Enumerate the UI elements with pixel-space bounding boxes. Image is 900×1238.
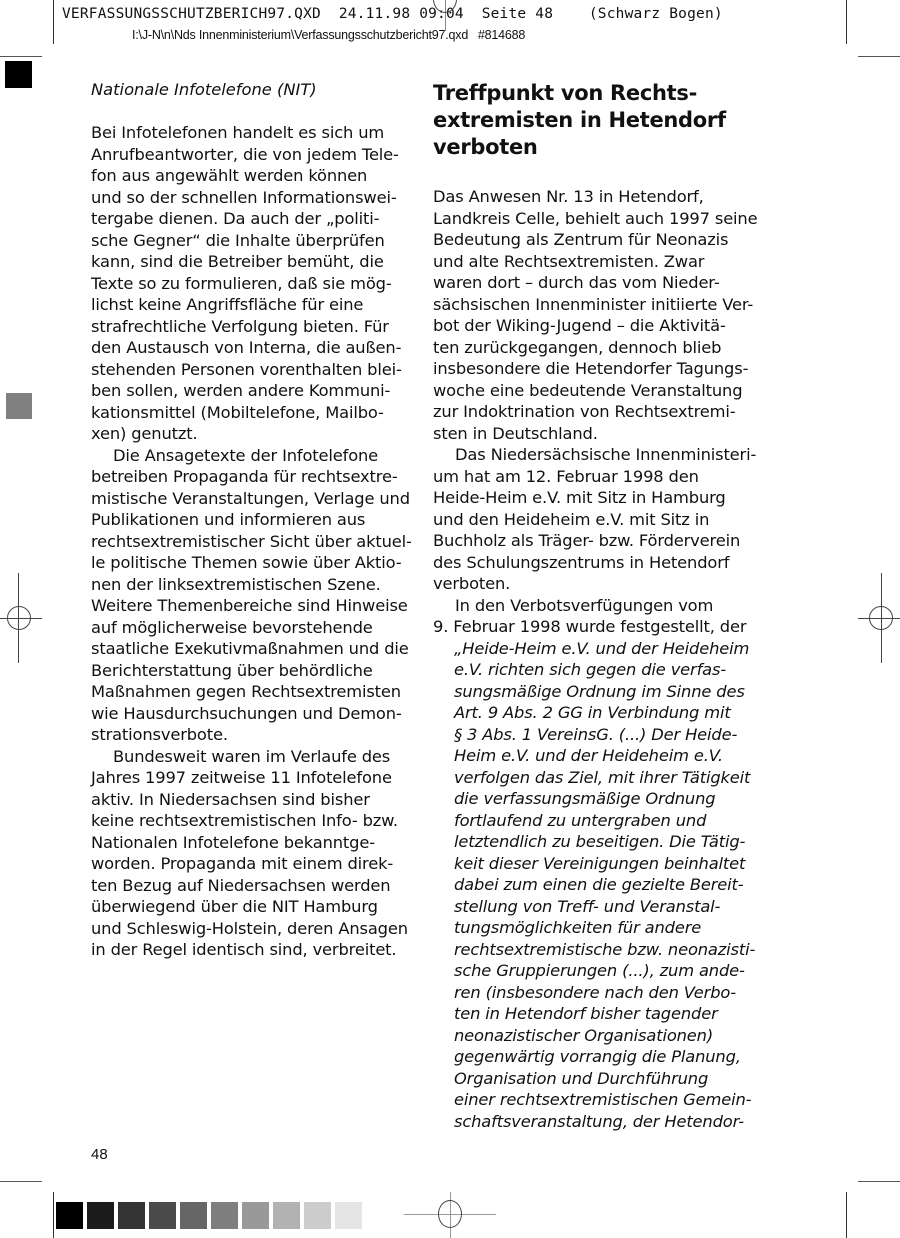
crop-mark-top-right-horizontal bbox=[858, 56, 900, 57]
quoted-text-line: einer rechtsextremistischen Gemein- bbox=[433, 1089, 743, 1111]
quoted-text-line: fortlaufend zu untergraben und bbox=[433, 810, 743, 832]
color-swatch bbox=[118, 1202, 145, 1229]
text-line: Bedeutung als Zentrum für Neonazis bbox=[433, 229, 743, 251]
text-line: auf möglicherweise bevorstehende bbox=[91, 617, 401, 639]
quoted-text-line: rechtsextremistische bzw. neonazisti- bbox=[433, 939, 743, 961]
text-line: ten Bezug auf Niedersachsen werden bbox=[91, 875, 401, 897]
crop-mark-top-left-vertical bbox=[53, 0, 54, 44]
text-line: betreiben Propaganda für rechtsextre- bbox=[91, 466, 401, 488]
quoted-text-line: e.V. richten sich gegen die verfas- bbox=[433, 659, 743, 681]
registration-mark-top-icon bbox=[415, 0, 475, 31]
text-line: aktiv. In Niedersachsen sind bisher bbox=[91, 789, 401, 811]
color-swatch bbox=[180, 1202, 207, 1229]
text-line: Das Niedersächsische Innenministeri- bbox=[433, 444, 743, 466]
heading-line: Treffpunkt von Rechts- bbox=[433, 80, 753, 107]
text-line: Die Ansagetexte der Infotelefone bbox=[91, 445, 401, 467]
text-line: strafrechtliche Verfolgung bieten. Für bbox=[91, 316, 401, 338]
color-swatch bbox=[242, 1202, 269, 1229]
text-line: des Schulungszentrums in Hetendorf bbox=[433, 552, 743, 574]
print-slug-header: VERFASSUNGSSCHUTZBERICH97.QXD 24.11.98 0… bbox=[62, 6, 723, 22]
text-line: strationsverbote. bbox=[91, 724, 401, 746]
color-swatch bbox=[304, 1202, 331, 1229]
text-line: kationsmittel (Mobiltelefone, Mailbo- bbox=[91, 402, 401, 424]
text-line: und den Heideheim e.V. mit Sitz in bbox=[433, 509, 743, 531]
text-line: sächsischen Innenminister initiierte Ver… bbox=[433, 294, 743, 316]
crop-mark-top-left-horizontal bbox=[0, 56, 42, 57]
text-line: In den Verbotsverfügungen vom bbox=[433, 595, 743, 617]
text-line: fon aus angewählt werden können bbox=[91, 165, 401, 187]
text-line: rechtsextremistischer Sicht über aktuel- bbox=[91, 531, 401, 553]
text-line: bot der Wiking-Jugend – die Aktivitä- bbox=[433, 315, 743, 337]
black-margin-square bbox=[5, 61, 32, 88]
text-line: mistische Veranstaltungen, Verlage und bbox=[91, 488, 401, 510]
text-line: Das Anwesen Nr. 13 in Hetendorf, bbox=[433, 186, 743, 208]
quoted-text-line: tungsmöglichkeiten für andere bbox=[433, 917, 743, 939]
text-line: Jahres 1997 zeitweise 11 Infotelefone bbox=[91, 767, 401, 789]
text-line: stehenden Personen vorenthalten blei- bbox=[91, 359, 401, 381]
text-line: und so der schnellen Informationswei- bbox=[91, 187, 401, 209]
crop-mark-bottom-right-horizontal bbox=[858, 1181, 900, 1182]
heading-line: extremisten in Hetendorf bbox=[433, 107, 753, 134]
color-swatch bbox=[87, 1202, 114, 1229]
page-number: 48 bbox=[91, 1146, 108, 1163]
color-swatch bbox=[149, 1202, 176, 1229]
registration-mark-right-icon bbox=[858, 573, 900, 663]
text-line: Publikationen und informieren aus bbox=[91, 509, 401, 531]
text-line: Landkreis Celle, behielt auch 1997 seine bbox=[433, 208, 743, 230]
text-line: le politische Themen sowie über Aktio- bbox=[91, 552, 401, 574]
quoted-text-line: verfolgen das Ziel, mit ihrer Tätigkeit bbox=[433, 767, 743, 789]
gray-margin-square bbox=[6, 393, 32, 419]
crop-mark-bottom-right-vertical bbox=[846, 1192, 847, 1238]
grayscale-color-bar bbox=[56, 1202, 362, 1229]
text-line: Weitere Themenbereiche sind Hinweise bbox=[91, 595, 401, 617]
quoted-text-line: Organisation und Durchführung bbox=[433, 1068, 743, 1090]
quoted-text-line: ten in Hetendorf bisher tagender bbox=[433, 1003, 743, 1025]
text-line: und Schleswig-Holstein, deren Ansagen bbox=[91, 918, 401, 940]
heading-line: verboten bbox=[433, 134, 753, 161]
text-line: wie Hausdurchsuchungen und Demon- bbox=[91, 703, 401, 725]
color-swatch bbox=[56, 1202, 83, 1229]
text-line: worden. Propaganda mit einem direk- bbox=[91, 853, 401, 875]
quoted-text-line: Art. 9 Abs. 2 GG in Verbindung mit bbox=[433, 702, 743, 724]
text-line: keine rechtsextremistischen Info- bzw. bbox=[91, 810, 401, 832]
color-swatch bbox=[273, 1202, 300, 1229]
text-line: Maßnahmen gegen Rechtsextremisten bbox=[91, 681, 401, 703]
text-line: Buchholz als Träger- bzw. Förderverein bbox=[433, 530, 743, 552]
text-line: zur Indoktrination von Rechtsextremi- bbox=[433, 401, 743, 423]
text-line: woche eine bedeutende Veranstaltung bbox=[433, 380, 743, 402]
text-line: Berichterstattung über behördliche bbox=[91, 660, 401, 682]
text-line: Anrufbeantworter, die von jedem Tele- bbox=[91, 144, 401, 166]
quoted-text-line: gegenwärtig vorrangig die Planung, bbox=[433, 1046, 743, 1068]
article-heading: Treffpunkt von Rechts-extremisten in Het… bbox=[433, 80, 753, 161]
color-swatch bbox=[335, 1202, 362, 1229]
registration-mark-bottom-icon bbox=[404, 1192, 496, 1238]
text-line: überwiegend über die NIT Hamburg bbox=[91, 896, 401, 918]
text-line: kann, sind die Betreiber bemüht, die bbox=[91, 251, 401, 273]
text-line: Bundesweit waren im Verlaufe des bbox=[91, 746, 401, 768]
text-line: xen) genutzt. bbox=[91, 423, 401, 445]
crop-mark-top-right-vertical bbox=[846, 0, 847, 44]
text-line: ten zurückgegangen, dennoch blieb bbox=[433, 337, 743, 359]
quoted-text-line: stellung von Treff- und Veranstal- bbox=[433, 896, 743, 918]
crop-mark-bottom-left-vertical bbox=[53, 1192, 54, 1238]
text-line: lichst keine Angriffsfläche für eine bbox=[91, 294, 401, 316]
quoted-text-line: keit dieser Vereinigungen beinhaltet bbox=[433, 853, 743, 875]
text-line: insbesondere die Hetendorfer Tagungs- bbox=[433, 358, 743, 380]
quoted-text-line: die verfassungsmäßige Ordnung bbox=[433, 788, 743, 810]
quoted-text-line: dabei zum einen die gezielte Bereit- bbox=[433, 874, 743, 896]
quoted-text-line: sungsmäßige Ordnung im Sinne des bbox=[433, 681, 743, 703]
quoted-text-line: „Heide-Heim e.V. und der Heideheim bbox=[433, 638, 743, 660]
text-line: in der Regel identisch sind, verbreitet. bbox=[91, 939, 401, 961]
quoted-text-line: § 3 Abs. 1 VereinsG. (...) Der Heide- bbox=[433, 724, 743, 746]
text-line: Heide-Heim e.V. mit Sitz in Hamburg bbox=[433, 487, 743, 509]
quoted-text-line: ren (insbesondere nach den Verbo- bbox=[433, 982, 743, 1004]
quoted-text-line: letztendlich zu beseitigen. Die Tätig- bbox=[433, 831, 743, 853]
text-line: staatliche Exekutivmaßnahmen und die bbox=[91, 638, 401, 660]
text-line: verboten. bbox=[433, 573, 743, 595]
quoted-text-line: schaftsveranstaltung, der Hetendor- bbox=[433, 1111, 743, 1133]
text-line: Texte so zu formulieren, daß sie mög- bbox=[91, 273, 401, 295]
text-line: um hat am 12. Februar 1998 den bbox=[433, 466, 743, 488]
text-line: sche Gegner“ die Inhalte überprüfen bbox=[91, 230, 401, 252]
text-line: Nationalen Infotelefone bekanntge- bbox=[91, 832, 401, 854]
text-line: waren dort – durch das vom Nieder- bbox=[433, 272, 743, 294]
text-line: ben sollen, werden andere Kommuni- bbox=[91, 380, 401, 402]
text-line: den Austausch von Interna, die außen- bbox=[91, 337, 401, 359]
crop-mark-bottom-left-horizontal bbox=[0, 1181, 42, 1182]
right-column-body: Das Anwesen Nr. 13 in Hetendorf,Landkrei… bbox=[433, 186, 743, 1132]
color-swatch bbox=[211, 1202, 238, 1229]
quoted-text-line: neonazistischer Organisationen) bbox=[433, 1025, 743, 1047]
quoted-text-line: Heim e.V. und der Heideheim e.V. bbox=[433, 745, 743, 767]
left-column-body: Bei Infotelefonen handelt es sich umAnru… bbox=[91, 122, 401, 961]
text-line: nen der linksextremistischen Szene. bbox=[91, 574, 401, 596]
text-line: tergabe dienen. Da auch der „politi- bbox=[91, 208, 401, 230]
text-line: und alte Rechtsextremisten. Zwar bbox=[433, 251, 743, 273]
section-subheading: Nationale Infotelefone (NIT) bbox=[91, 80, 317, 99]
registration-mark-left-icon bbox=[0, 573, 42, 663]
text-line: 9. Februar 1998 wurde festgestellt, der bbox=[433, 616, 743, 638]
quoted-text-line: sche Gruppierungen (...), zum ande- bbox=[433, 960, 743, 982]
text-line: sten in Deutschland. bbox=[433, 423, 743, 445]
text-line: Bei Infotelefonen handelt es sich um bbox=[91, 122, 401, 144]
